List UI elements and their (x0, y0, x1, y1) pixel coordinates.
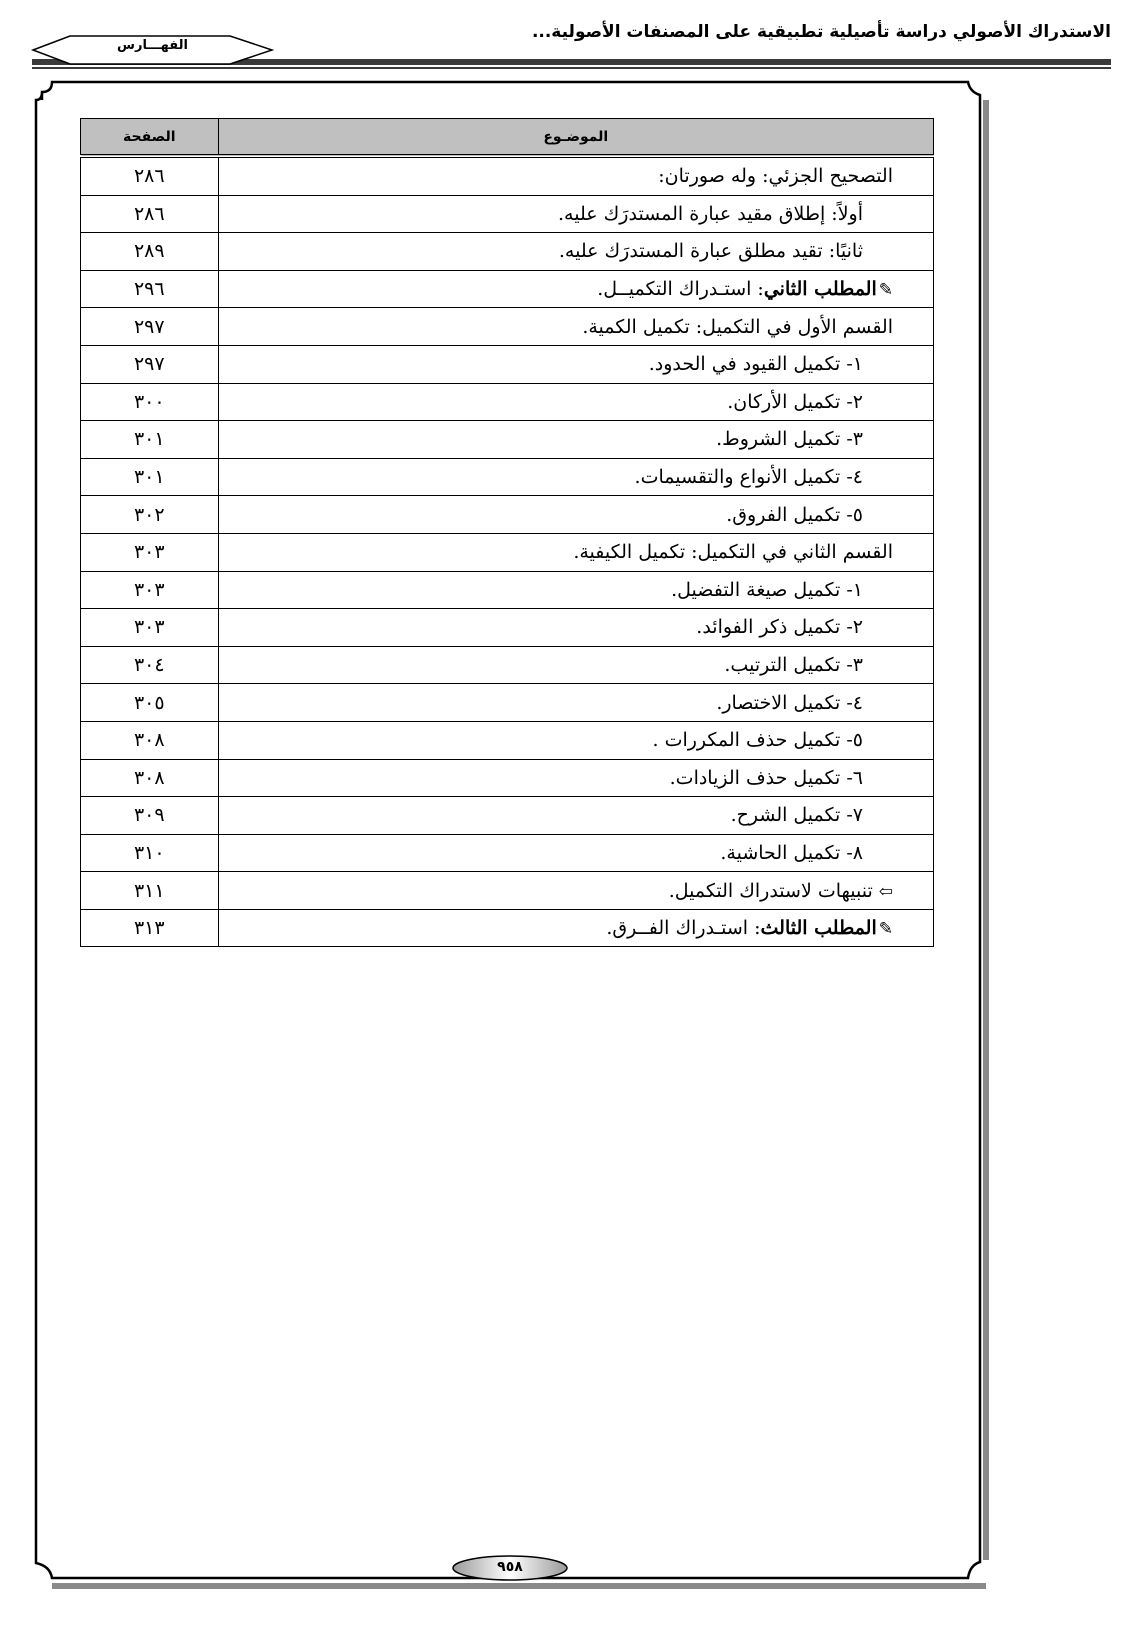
topic-text: أولاً: إطلاق مقيد عبارة المستدرَك عليه. (558, 203, 863, 225)
topic-text: ١- تكميل صيغة التفضيل. (671, 579, 863, 601)
page-cell: ٣٠٥ (81, 684, 219, 722)
topic-text: ٤- تكميل الأنواع والتقسيمات. (635, 466, 863, 488)
topic-text: ١- تكميل القيود في الحدود. (649, 353, 863, 375)
page-cell: ٢٨٦ (81, 156, 219, 195)
topic-text: ٣- تكميل الترتيب. (724, 654, 863, 676)
table-row: ٤- تكميل الأنواع والتقسيمات.٣٠١ (81, 458, 934, 496)
topic-text: : استـدراك التكميــل. (597, 278, 764, 300)
topic-text: ٢- تكميل الأركان. (727, 391, 863, 413)
table-row: ٥- تكميل الفروق.٣٠٢ (81, 496, 934, 534)
topic-cell: ٣- تكميل الترتيب. (218, 646, 933, 684)
topic-text: ٨- تكميل الحاشية. (720, 842, 863, 864)
topic-cell: التصحيح الجزئي: وله صورتان: (218, 156, 933, 195)
topic-text: القسم الأول في التكميل: تكميل الكمية. (582, 316, 893, 338)
table-row: ٣- تكميل الترتيب.٣٠٤ (81, 646, 934, 684)
topic-cell: ٤- تكميل الاختصار. (218, 684, 933, 722)
page-cell: ٢٩٦ (81, 270, 219, 308)
toc-body: التصحيح الجزئي: وله صورتان:٢٨٦أولاً: إطل… (81, 156, 934, 947)
page-cell: ٣١٠ (81, 834, 219, 872)
page-number: ٩٥٨ (450, 1559, 570, 1575)
table-row: ٢- تكميل ذكر الفوائد.٣٠٣ (81, 609, 934, 647)
column-header-page: الصفحة (81, 119, 219, 157)
topic-cell: ثانيًا: تقيد مطلق عبارة المستدرَك عليه. (218, 233, 933, 271)
table-row: ⇦تنبيهات لاستدراك التكميل.٣١١ (81, 872, 934, 910)
page-cell: ٢٩٧ (81, 345, 219, 383)
topic-cell: ٣- تكميل الشروط. (218, 421, 933, 459)
table-row: ٧- تكميل الشرح.٣٠٩ (81, 797, 934, 835)
topic-cell: ١- تكميل القيود في الحدود. (218, 345, 933, 383)
topic-text: ثانيًا: تقيد مطلق عبارة المستدرَك عليه. (559, 240, 863, 262)
table-row: ✎المطلب الثاني: استـدراك التكميــل.٢٩٦ (81, 270, 934, 308)
topic-text: ٣- تكميل الشروط. (716, 428, 863, 450)
page-cell: ٣٠٤ (81, 646, 219, 684)
topic-text: ٥- تكميل حذف المكررات . (652, 729, 863, 751)
topic-cell: ٢- تكميل ذكر الفوائد. (218, 609, 933, 647)
table-row: أولاً: إطلاق مقيد عبارة المستدرَك عليه.٢… (81, 195, 934, 233)
arrow-left-icon: ⇦ (879, 882, 893, 902)
topic-cell: ٦- تكميل حذف الزيادات. (218, 759, 933, 797)
topic-text: التصحيح الجزئي: وله صورتان: (658, 165, 893, 187)
topic-cell: ٨- تكميل الحاشية. (218, 834, 933, 872)
topic-text: : استـدراك الفــرق. (606, 917, 760, 939)
page-number-badge: ٩٥٨ (450, 1553, 570, 1583)
page-cell: ٢٨٦ (81, 195, 219, 233)
topic-cell: ⇦تنبيهات لاستدراك التكميل. (218, 872, 933, 910)
table-row: ١- تكميل صيغة التفضيل.٣٠٣ (81, 571, 934, 609)
page-cell: ٣٠٩ (81, 797, 219, 835)
topic-cell: ٧- تكميل الشرح. (218, 797, 933, 835)
table-row: ١- تكميل القيود في الحدود.٢٩٧ (81, 345, 934, 383)
page-cell: ٣٠٨ (81, 721, 219, 759)
page-cell: ٣٠٢ (81, 496, 219, 534)
page-cell: ٢٩٧ (81, 308, 219, 346)
pencil-icon: ✎ (879, 919, 893, 939)
table-row: القسم الثاني في التكميل: تكميل الكيفية.٣… (81, 533, 934, 571)
table-row: ٢- تكميل الأركان.٣٠٠ (81, 383, 934, 421)
toc-table: الموضـوع الصفحة التصحيح الجزئي: وله صورت… (80, 118, 934, 947)
page-cell: ٣٠٠ (81, 383, 219, 421)
topic-bold-text: المطلب الثالث (761, 917, 877, 939)
page-cell: ٢٨٩ (81, 233, 219, 271)
topic-cell: القسم الثاني في التكميل: تكميل الكيفية. (218, 533, 933, 571)
table-row: القسم الأول في التكميل: تكميل الكمية.٢٩٧ (81, 308, 934, 346)
table-row: ٦- تكميل حذف الزيادات.٣٠٨ (81, 759, 934, 797)
topic-cell: ٥- تكميل حذف المكررات . (218, 721, 933, 759)
page-cell: ٣٠١ (81, 458, 219, 496)
page-cell: ٣٠١ (81, 421, 219, 459)
page-cell: ٣٠٣ (81, 609, 219, 647)
topic-bold-text: المطلب الثاني (764, 278, 877, 300)
table-row: ٣- تكميل الشروط.٣٠١ (81, 421, 934, 459)
page-cell: ٣٠٨ (81, 759, 219, 797)
topic-cell: ٥- تكميل الفروق. (218, 496, 933, 534)
table-row: ✎المطلب الثالث: استـدراك الفــرق.٣١٣ (81, 909, 934, 947)
topic-text: ٧- تكميل الشرح. (731, 804, 863, 826)
table-row: ثانيًا: تقيد مطلق عبارة المستدرَك عليه.٢… (81, 233, 934, 271)
table-row: ٤- تكميل الاختصار.٣٠٥ (81, 684, 934, 722)
table-row: ٨- تكميل الحاشية.٣١٠ (81, 834, 934, 872)
topic-cell: القسم الأول في التكميل: تكميل الكمية. (218, 308, 933, 346)
topic-cell: ٤- تكميل الأنواع والتقسيمات. (218, 458, 933, 496)
topic-text: تنبيهات لاستدراك التكميل. (669, 880, 873, 902)
topic-text: القسم الثاني في التكميل: تكميل الكيفية. (573, 541, 893, 563)
topic-cell: ٢- تكميل الأركان. (218, 383, 933, 421)
topic-text: ٥- تكميل الفروق. (726, 504, 863, 526)
topic-cell: أولاً: إطلاق مقيد عبارة المستدرَك عليه. (218, 195, 933, 233)
topic-cell: ✎المطلب الثالث: استـدراك الفــرق. (218, 909, 933, 947)
topic-cell: ١- تكميل صيغة التفضيل. (218, 571, 933, 609)
table-header-row: الموضـوع الصفحة (81, 119, 934, 157)
page-cell: ٣٠٣ (81, 533, 219, 571)
page-cell: ٣١٣ (81, 909, 219, 947)
topic-text: ٦- تكميل حذف الزيادات. (670, 767, 863, 789)
table-row: ٥- تكميل حذف المكررات .٣٠٨ (81, 721, 934, 759)
page-cell: ٣٠٣ (81, 571, 219, 609)
table-row: التصحيح الجزئي: وله صورتان:٢٨٦ (81, 156, 934, 195)
pencil-icon: ✎ (879, 280, 893, 300)
page-cell: ٣١١ (81, 872, 219, 910)
topic-text: ٤- تكميل الاختصار. (716, 692, 863, 714)
topic-text: ٢- تكميل ذكر الفوائد. (696, 616, 863, 638)
column-header-topic: الموضـوع (218, 119, 933, 157)
topic-cell: ✎المطلب الثاني: استـدراك التكميــل. (218, 270, 933, 308)
